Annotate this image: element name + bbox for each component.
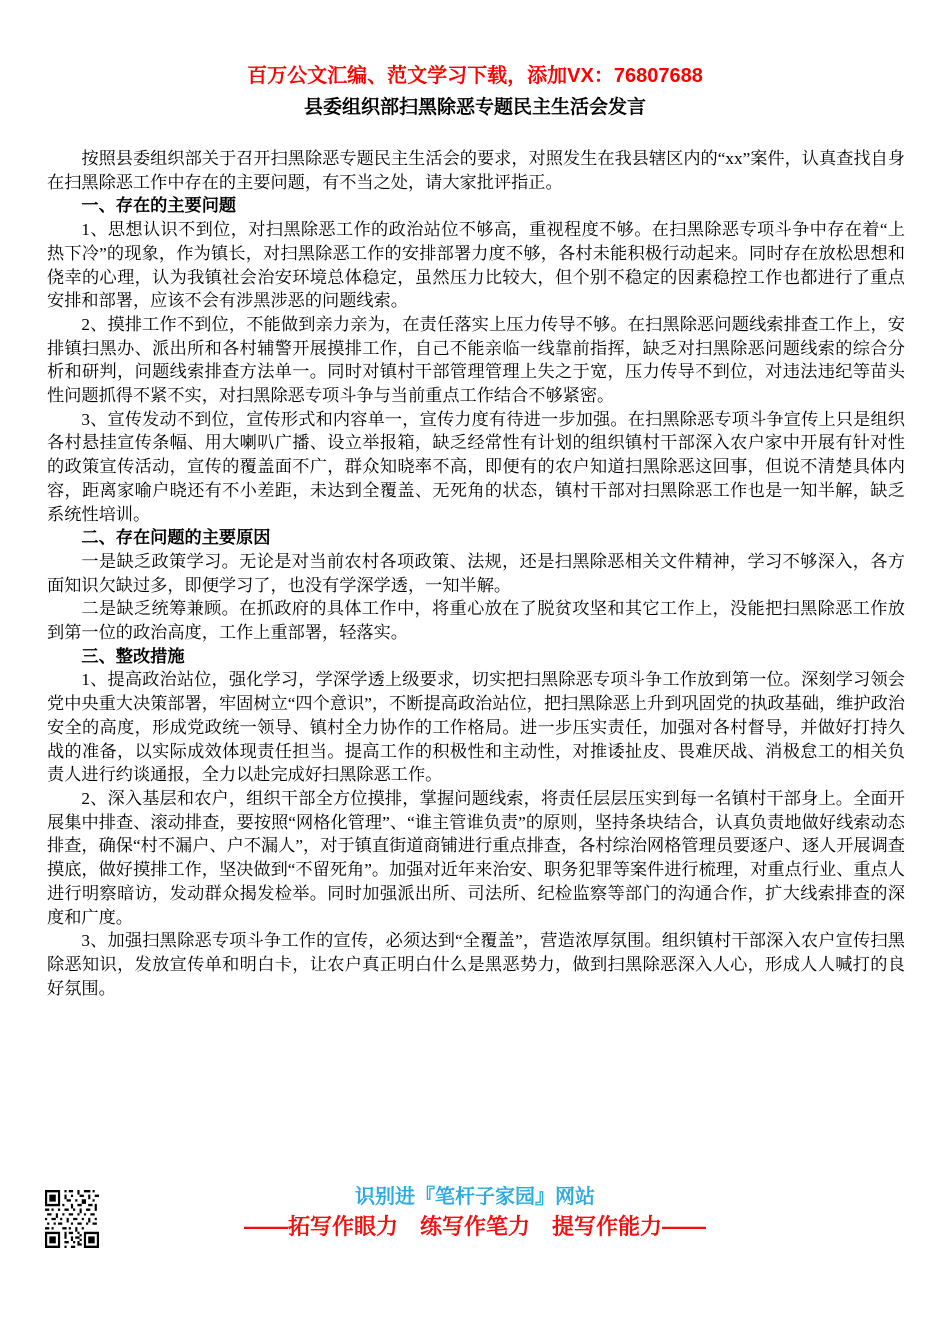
section-3-heading: 三、整改措施 <box>47 645 905 669</box>
footer-slogan-line: ——拓写作眼力 练写作笔力 提写作能力—— <box>0 1211 950 1243</box>
intro-paragraph: 按照县委组织部关于召开扫黑除恶专题民主生活会的要求，对照发生在我县辖区内的“xx… <box>47 147 905 194</box>
section-1-paragraph-2: 2、摸排工作不到位，不能做到亲力亲为，在责任落实上压力传导不够。在扫黑除恶问题线… <box>47 313 905 408</box>
section-2-paragraph-2: 二是缺乏统筹兼顾。在抓政府的具体工作中，将重心放在了脱贫攻坚和其它工作上，没能把… <box>47 597 905 644</box>
document-title: 县委组织部扫黑除恶专题民主生活会发言 <box>0 95 950 121</box>
section-3-paragraph-1: 1、提高政治站位，强化学习，学深学透上级要求，切实把扫黑除恶专项斗争工作放到第一… <box>47 668 905 787</box>
page-footer: 识别进『笔杆子家园』网站 ——拓写作眼力 练写作笔力 提写作能力—— <box>0 1183 950 1263</box>
section-1-heading: 一、存在的主要问题 <box>47 194 905 218</box>
section-2-heading: 二、存在问题的主要原因 <box>47 526 905 550</box>
section-2-paragraph-1: 一是缺乏政策学习。无论是对当前农村各项政策、法规，还是扫黑除恶相关文件精神，学习… <box>47 550 905 597</box>
section-3-paragraph-3: 3、加强扫黑除恶专项斗争工作的宣传，必须达到“全覆盖”，营造浓厚氛围。组织镇村干… <box>47 929 905 1000</box>
section-3-paragraph-2: 2、深入基层和农户，组织干部全方位摸排，掌握问题线索，将责任层层压实到每一名镇村… <box>47 787 905 929</box>
document-body: 按照县委组织部关于召开扫黑除恶专题民主生活会的要求，对照发生在我县辖区内的“xx… <box>47 147 905 1000</box>
section-1-paragraph-1: 1、思想认识不到位，对扫黑除恶工作的政治站位不够高，重视程度不够。在扫黑除恶专项… <box>47 218 905 313</box>
header-ad-notice: 百万公文汇编、范文学习下载，添加VX：76807688 <box>0 63 950 89</box>
document-page: 百万公文汇编、范文学习下载，添加VX：76807688 县委组织部扫黑除恶专题民… <box>0 0 950 1344</box>
section-1-paragraph-3: 3、宣传发动不到位，宣传形式和内容单一，宣传力度有待进一步加强。在扫黑除恶专项斗… <box>47 408 905 527</box>
footer-site-line: 识别进『笔杆子家园』网站 <box>0 1183 950 1211</box>
qr-code-icon <box>45 1190 99 1248</box>
